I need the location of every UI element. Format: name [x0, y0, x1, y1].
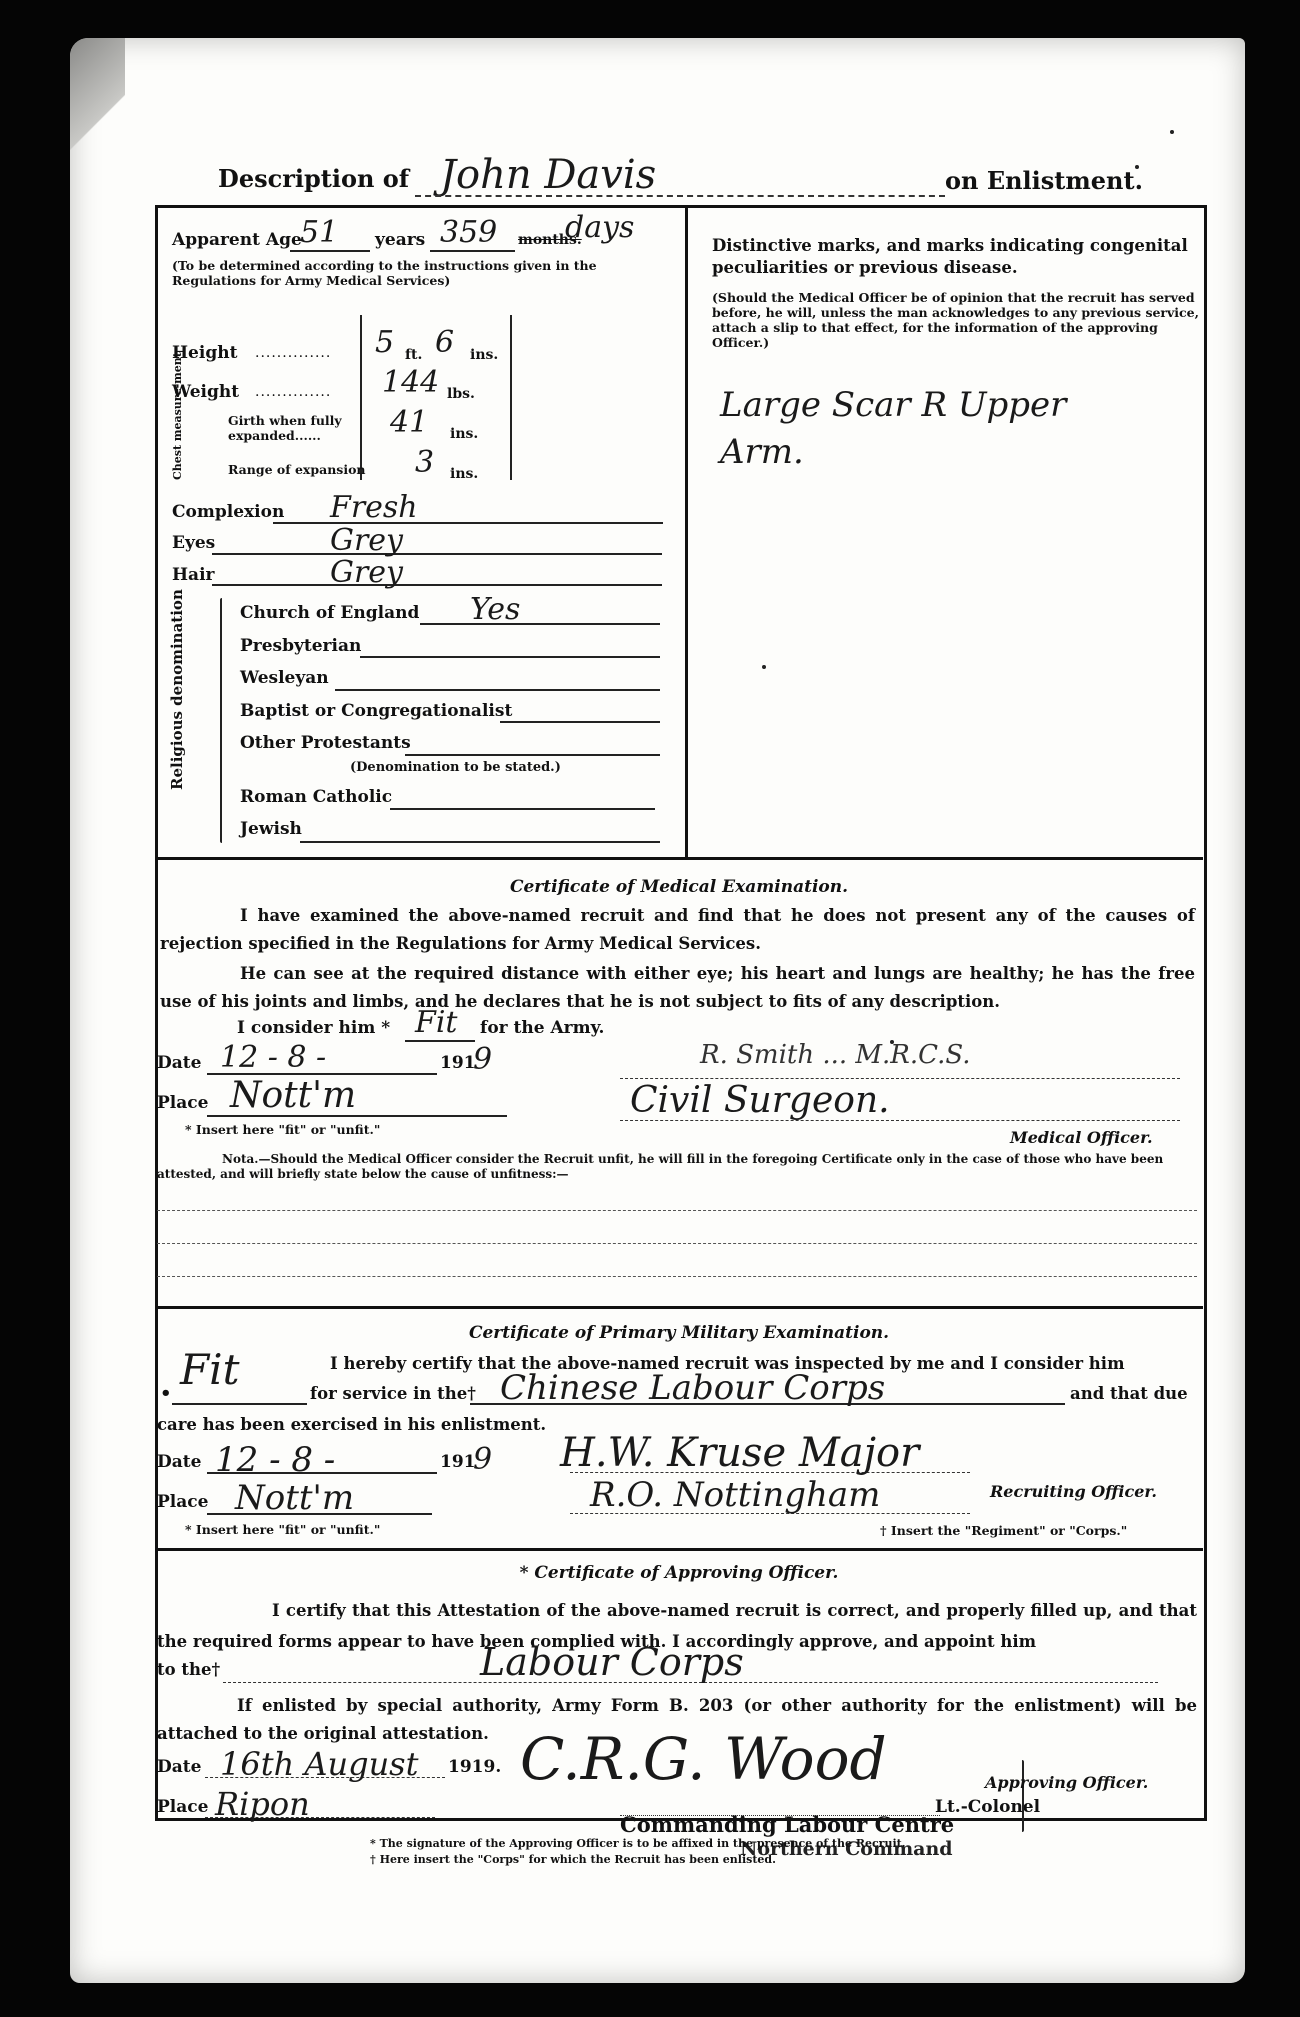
range-label: Range of expansion — [228, 462, 368, 477]
column-divider — [685, 207, 688, 859]
unfitness-line-2 — [157, 1243, 1197, 1244]
age-note: (To be determined according to the instr… — [172, 258, 672, 288]
religion-line-3 — [500, 721, 660, 723]
eyes-value: Grey — [330, 523, 403, 558]
regiment-note: † Insert the "Regiment" or "Corps." — [880, 1523, 1127, 1538]
military-service-suffix: and that due — [1070, 1384, 1188, 1403]
military-service-value: Chinese Labour Corps — [500, 1368, 885, 1408]
weight-dots: .............. — [255, 384, 331, 400]
age-days-line — [430, 250, 515, 252]
medical-signature-title: Civil Surgeon. — [630, 1080, 890, 1121]
approving-year: 1919. — [448, 1757, 501, 1777]
religion-heading: Religious denomination — [168, 630, 186, 790]
approving-corps-value: Labour Corps — [480, 1640, 744, 1684]
ft-label: ft. — [405, 347, 422, 363]
section-divider-2 — [155, 1306, 1203, 1309]
measure-divider-left — [360, 315, 362, 480]
military-year-hand: 9 — [473, 1442, 492, 1477]
military-insert-note: * Insert here "fit" or "unfit." — [185, 1522, 380, 1537]
header-prefix: Description of — [218, 164, 409, 193]
military-fit-line — [172, 1403, 307, 1405]
military-place-label: Place — [157, 1492, 208, 1512]
approving-place-label: Place — [157, 1797, 208, 1817]
medical-signature-line — [620, 1078, 1180, 1079]
hair-value: Grey — [330, 555, 403, 590]
medical-year-hand: 9 — [473, 1042, 492, 1077]
header-suffix: on Enlistment. — [945, 166, 1143, 195]
religion-brace — [220, 598, 222, 843]
consider-line — [405, 1040, 475, 1042]
religion-baptist: Baptist or Congregationalist — [240, 701, 512, 721]
age-years-line — [290, 250, 370, 252]
approving-officer-label: Approving Officer. — [985, 1773, 1148, 1792]
medical-nota: Nota.—Should the Medical Officer conside… — [157, 1152, 1197, 1182]
unfitness-line-3 — [157, 1276, 1197, 1277]
medical-insert-note: * Insert here "fit" or "unfit." — [185, 1122, 380, 1137]
approving-date-label: Date — [157, 1757, 201, 1777]
girth-ins-label: ins. — [450, 426, 478, 442]
religion-line-4 — [405, 754, 660, 756]
section-divider-1 — [155, 857, 1203, 860]
hair-line — [212, 584, 662, 586]
religion-jewish: Jewish — [240, 819, 302, 839]
ink-speck — [1170, 130, 1174, 134]
height-in-value: 6 — [435, 325, 454, 360]
religion-line-5 — [390, 808, 655, 810]
complexion-value: Fresh — [330, 490, 418, 525]
military-cert-title: Certificate of Primary Military Examinat… — [155, 1323, 1203, 1343]
military-place-value: Nott'm — [235, 1478, 354, 1518]
religion-wesleyan: Wesleyan — [240, 668, 329, 688]
medical-para1: I have examined the above-named recruit … — [160, 902, 1195, 958]
medical-cert-title: Certificate of Medical Examination. — [155, 877, 1203, 897]
medical-signature: R. Smith ... M.R.C.S. — [700, 1040, 971, 1070]
military-service-prefix: for service in the† — [310, 1384, 476, 1403]
medical-date-label: Date — [157, 1053, 201, 1073]
consider-prefix: I consider him * — [237, 1018, 390, 1038]
range-ins-label: ins. — [450, 466, 478, 482]
medical-place-label: Place — [157, 1093, 208, 1113]
medical-place-value: Nott'm — [230, 1075, 356, 1116]
medical-officer-label: Medical Officer. — [1010, 1128, 1153, 1147]
military-line3: care has been exercised in his enlistmen… — [157, 1415, 546, 1434]
ins-label: ins. — [470, 347, 498, 363]
approving-footnote2: † Here insert the "Corps" for which the … — [370, 1852, 776, 1867]
religion-other-protestants: Other Protestants — [240, 733, 411, 753]
approving-footnote1: * The signature of the Approving Officer… — [370, 1836, 906, 1851]
years-label: years — [375, 230, 425, 250]
approving-cert-title: * Certificate of Approving Officer. — [155, 1563, 1203, 1583]
medical-date-value: 12 - 8 - — [220, 1040, 326, 1075]
religion-line-2 — [335, 689, 660, 691]
religion-presbyterian: Presbyterian — [240, 636, 361, 656]
marks-heading: Distinctive marks, and marks indicating … — [712, 235, 1207, 279]
weight-value: 144 — [382, 365, 439, 400]
military-signature: H.W. Kruse Major — [560, 1430, 919, 1476]
consider-suffix: for the Army. — [480, 1018, 604, 1038]
religion-line-0 — [420, 623, 660, 625]
marks-entry-line2: Arm. — [720, 432, 804, 472]
military-fit-value: Fit — [180, 1345, 239, 1394]
torn-corner — [70, 38, 125, 168]
girth-value: 41 — [390, 405, 428, 440]
religion-church-of-england: Church of England — [240, 603, 419, 623]
unfitness-line-1 — [157, 1210, 1197, 1211]
recruit-name: John Davis — [440, 152, 656, 198]
military-bullet: • — [160, 1383, 172, 1404]
approving-brace — [1022, 1760, 1024, 1832]
recruiting-officer-label: Recruiting Officer. — [990, 1482, 1157, 1501]
complexion-label: Complexion — [172, 502, 284, 522]
marks-note: (Should the Medical Officer be of opinio… — [712, 290, 1207, 350]
eyes-label: Eyes — [172, 533, 215, 553]
approving-date-value: 16th August — [220, 1745, 418, 1783]
religion-value-cofe: Yes — [470, 592, 520, 627]
eyes-line — [212, 553, 662, 555]
stamp-line1: Commanding Labour Centre — [620, 1812, 954, 1837]
medical-para2: He can see at the required distance with… — [160, 960, 1195, 1016]
range-value: 3 — [415, 445, 434, 480]
denomination-note: (Denomination to be stated.) — [350, 760, 561, 775]
military-year-print: 191 — [440, 1452, 476, 1472]
age-years-value: 51 — [300, 215, 338, 250]
military-signature-title: R.O. Nottingham — [590, 1475, 880, 1515]
ink-speck — [1135, 165, 1139, 169]
consider-value: Fit — [415, 1005, 457, 1040]
military-date-label: Date — [157, 1452, 201, 1472]
apparent-age-label: Apparent Age — [172, 230, 302, 250]
approving-place-value: Ripon — [215, 1785, 310, 1823]
ink-speck — [890, 1040, 894, 1044]
measure-divider-right — [510, 315, 512, 480]
hair-label: Hair — [172, 565, 215, 585]
military-date-value: 12 - 8 - — [215, 1440, 335, 1480]
ink-speck — [762, 665, 766, 669]
chest-label: Chest measure-ment — [172, 400, 184, 480]
approving-to-the: to the† — [157, 1660, 220, 1679]
lbs-label: lbs. — [447, 386, 475, 402]
religion-line-1 — [360, 656, 660, 658]
marks-entry-line1: Large Scar R Upper — [720, 385, 1066, 425]
age-days-value: 359 — [440, 215, 497, 250]
approving-signature: C.R.G. Wood — [520, 1725, 887, 1793]
medical-year-print: 191 — [440, 1053, 476, 1073]
days-handwritten: days — [565, 210, 634, 245]
name-underline — [415, 195, 945, 197]
religion-roman-catholic: Roman Catholic — [240, 787, 392, 807]
religion-line-6 — [300, 841, 660, 843]
girth-label: Girth when fully expanded...... — [228, 413, 358, 443]
section-divider-3 — [155, 1548, 1203, 1551]
height-dots: .............. — [255, 345, 331, 361]
height-ft-value: 5 — [375, 325, 394, 360]
